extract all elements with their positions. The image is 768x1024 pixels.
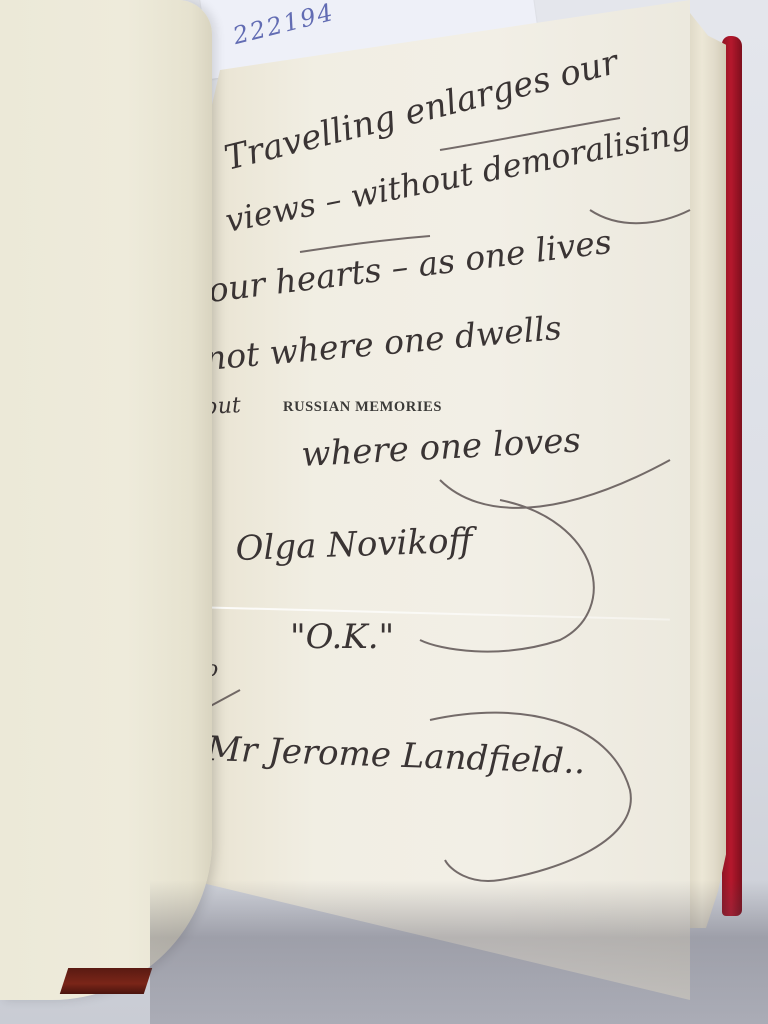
book-photo: 222194 RUSSIAN MEMORIES Travelling enlar… xyxy=(0,0,768,1024)
ribbon-bookmark xyxy=(60,968,152,994)
inscribed-page xyxy=(190,0,690,1000)
page-edges xyxy=(686,8,726,928)
printed-header: RUSSIAN MEMORIES xyxy=(283,399,442,416)
curled-left-page xyxy=(0,0,212,1000)
